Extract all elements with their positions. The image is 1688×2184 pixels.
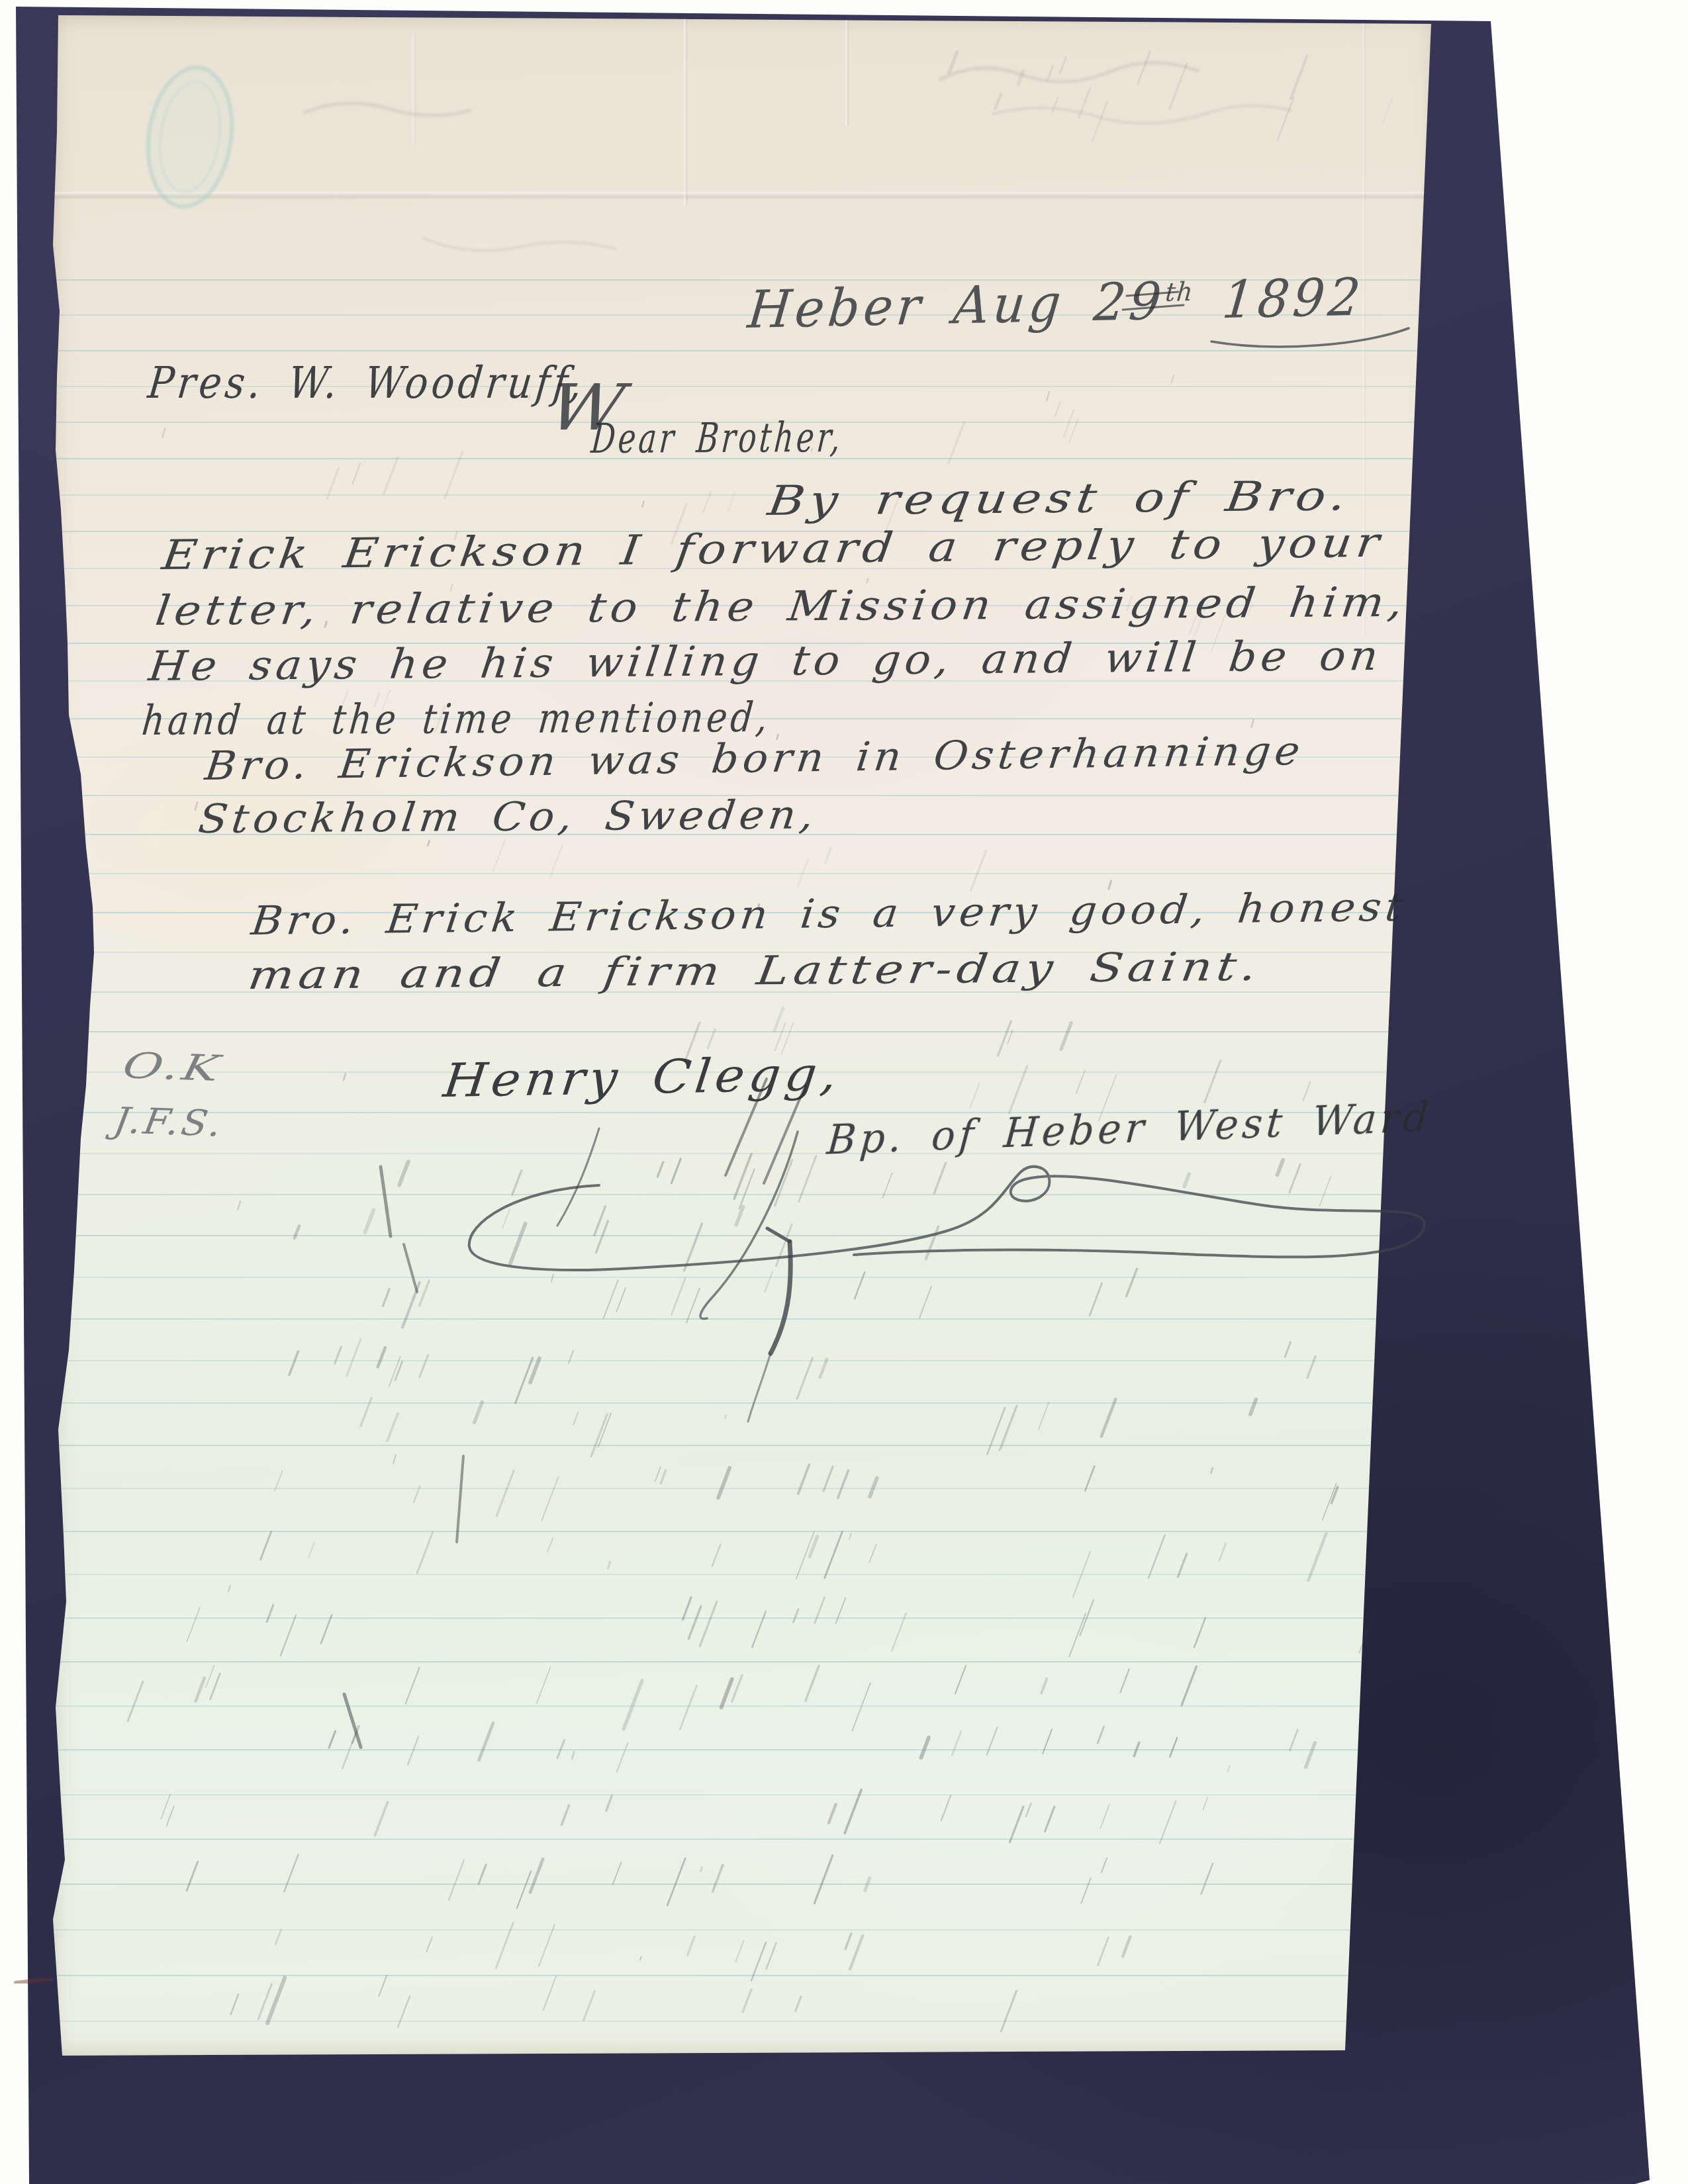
fold-crease-vertical (412, 33, 416, 146)
fold-crease-vertical (683, 13, 688, 205)
ruled-line (46, 1360, 1436, 1361)
ruled-line (46, 873, 1436, 874)
body-line: He says he his willing to go, and will b… (147, 635, 1385, 687)
date-line: Heber Aug 29th 1892 (745, 271, 1366, 336)
ruled-line (46, 1402, 1436, 1404)
letter-scan: Heber Aug 29th 1892 Pres. W. Woodruff, W… (0, 0, 1688, 2184)
ruled-line (46, 1929, 1436, 1931)
ruled-line (46, 1706, 1436, 1707)
ruled-line (46, 1617, 1436, 1619)
approval-note-initials: J.F.S. (111, 1103, 226, 1142)
ruled-line (46, 1277, 1436, 1278)
body-line: man and a firm Latter-day Saint. (246, 947, 1264, 995)
ruled-line (46, 1661, 1436, 1662)
ruled-line (46, 1975, 1436, 1976)
ruled-line (46, 1445, 1436, 1446)
ruled-line (46, 1235, 1436, 1236)
ruled-line (46, 1488, 1436, 1489)
ruled-line (46, 1153, 1436, 1154)
fold-crease-horizontal (46, 192, 1436, 200)
body-line: hand at the time mentioned, (140, 697, 773, 741)
body-line: letter, relative to the Mission assigned… (153, 582, 1409, 631)
ruled-line (46, 1749, 1436, 1751)
body-line: By request of Bro. (765, 475, 1353, 522)
ruled-line (46, 1531, 1436, 1532)
salutation-line: Dear Brother, (590, 417, 845, 459)
ruled-line (46, 1318, 1436, 1320)
ruled-line (46, 1194, 1436, 1195)
ruled-line (46, 1031, 1436, 1032)
ruled-line (46, 2021, 1436, 2022)
date-place: Heber Aug 29 (745, 272, 1168, 340)
ruled-line (46, 1574, 1436, 1575)
ruled-line (46, 350, 1436, 351)
ruled-line (46, 1794, 1436, 1796)
body-line: Stockholm Co, Sweden, (197, 795, 820, 839)
address-line: Pres. W. Woodruff, (146, 361, 588, 405)
ruled-line (46, 1839, 1436, 1840)
date-year: 1892 (1220, 267, 1367, 330)
signature: Henry Clegg, (441, 1050, 843, 1104)
date-superscript: th (1164, 277, 1195, 308)
ruled-line (46, 1884, 1436, 1885)
approval-note-ok: O.K (120, 1048, 226, 1087)
fold-crease-vertical (845, 13, 849, 126)
body-line: Erick Erickson I forward a reply to your (160, 522, 1386, 576)
